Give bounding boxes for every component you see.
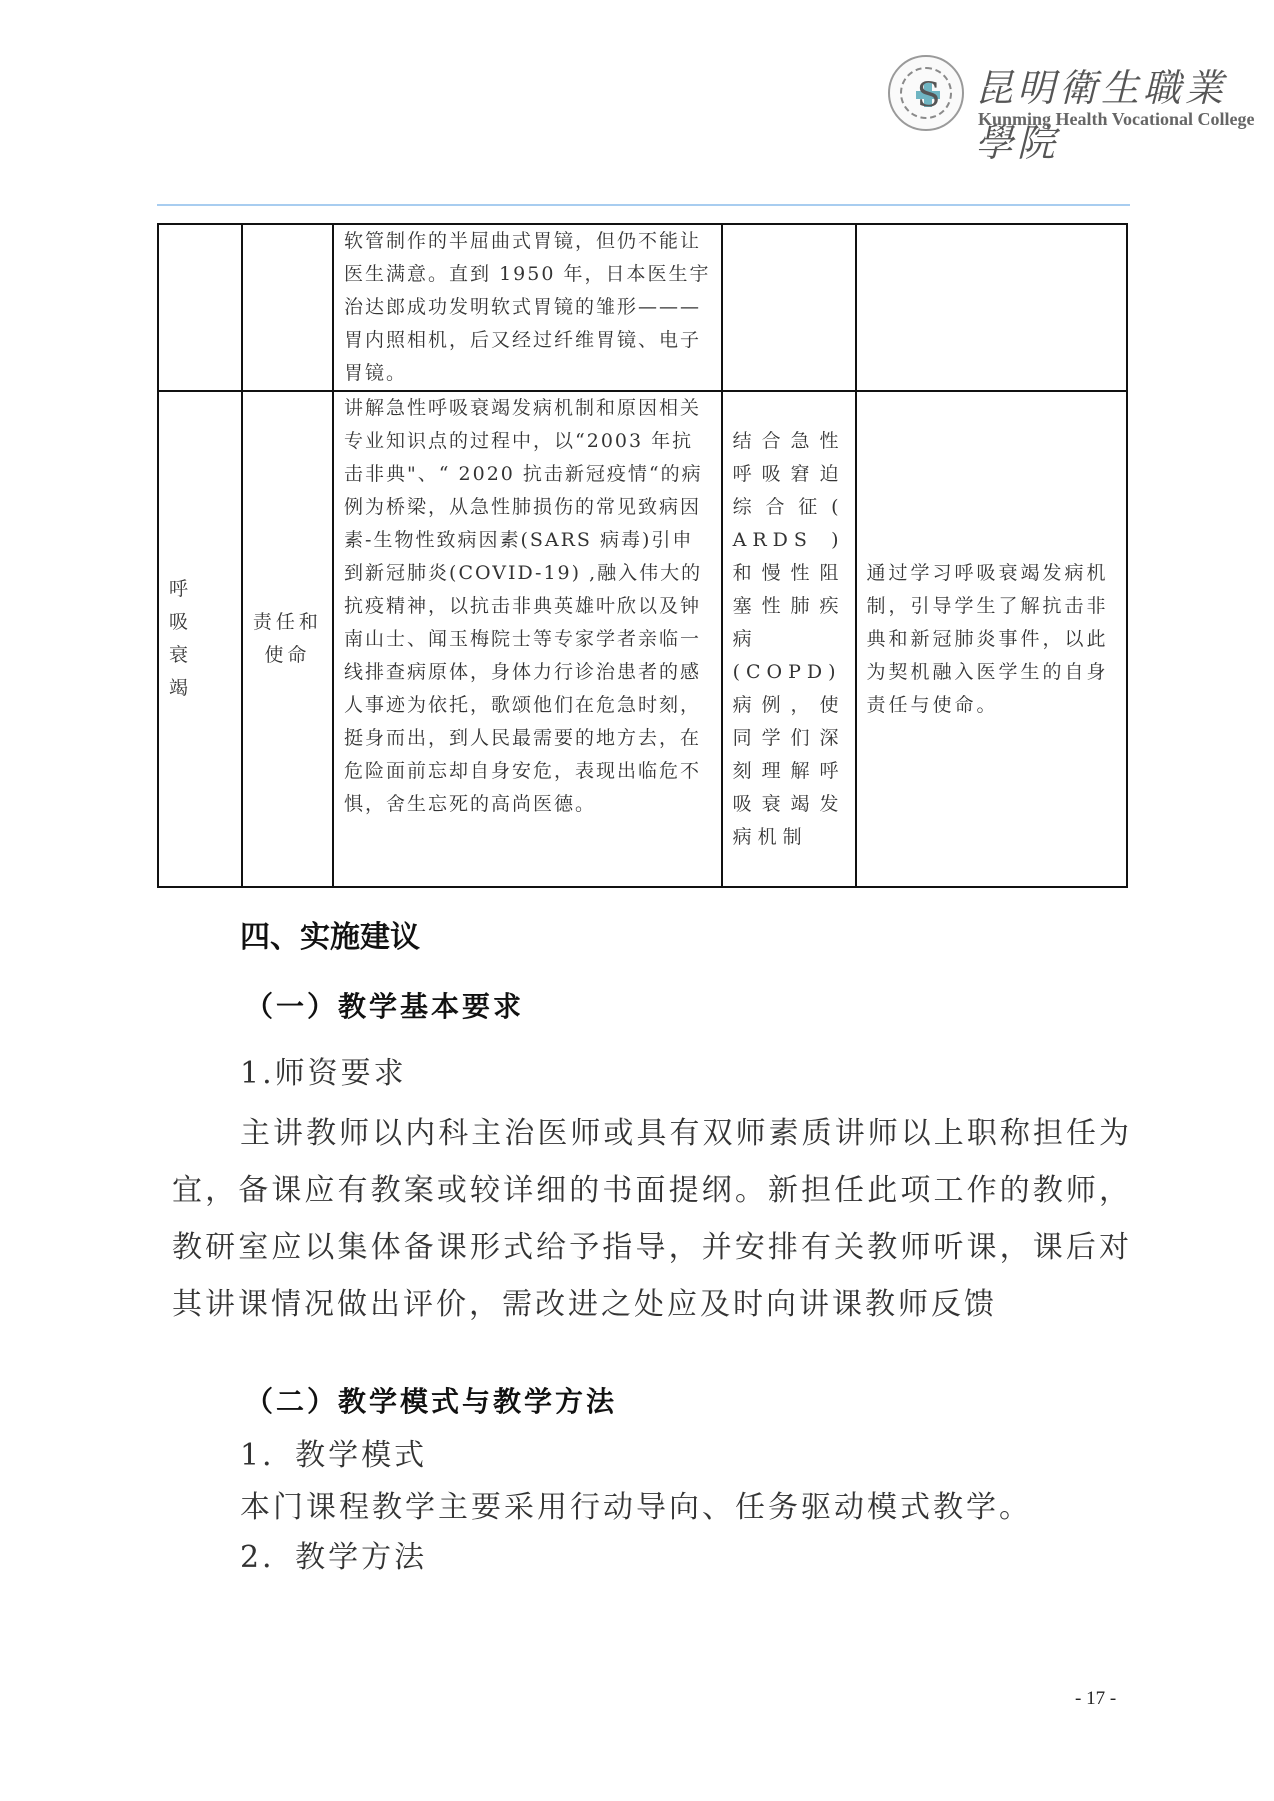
- goal-cell: [856, 224, 1127, 391]
- case-cell: [722, 224, 856, 391]
- element-cell: [242, 224, 333, 391]
- item-heading-teacher-requirements: 1.师资要求: [240, 1048, 407, 1092]
- case-cell: 结合急性呼吸窘迫综合征( ARDS )和慢性阻塞性肺疾病(COPD) 病例，使同…: [722, 391, 856, 887]
- page-number: - 17 -: [1075, 1688, 1116, 1710]
- course-content-table: 软管制作的半屈曲式胃镜，但仍不能让医生满意。直到 1950 年，日本医生宇治达郎…: [157, 223, 1128, 888]
- college-seal-icon: S: [888, 55, 964, 131]
- item-heading-teaching-mode: 1．教学模式: [240, 1430, 427, 1474]
- teacher-requirements-paragraph: 主讲教师以内科主治医师或具有双师素质讲师以上职称担任为宜，备课应有教案或较详细的…: [172, 1105, 1132, 1333]
- element-cell: 责任和使命: [242, 391, 333, 887]
- topic-cell: 呼吸衰竭: [158, 391, 242, 887]
- subsection-heading-basic-requirements: （一）教学基本要求: [245, 985, 524, 1025]
- college-logo: S 昆明衛生職業學院 Kunming Health Vocational Col…: [880, 55, 1250, 135]
- table-row: 呼吸衰竭 责任和使命 讲解急性呼吸衰竭发病机制和原因相关专业知识点的过程中，以“…: [158, 391, 1127, 887]
- topic-cell: [158, 224, 242, 391]
- table-row: 软管制作的半屈曲式胃镜，但仍不能让医生满意。直到 1950 年，日本医生宇治达郎…: [158, 224, 1127, 391]
- item-heading-teaching-methods: 2．教学方法: [240, 1532, 427, 1576]
- teaching-mode-paragraph: 本门课程教学主要采用行动导向、任务驱动模式教学。: [240, 1482, 1032, 1526]
- logo-english-name: Kunming Health Vocational College: [978, 109, 1255, 130]
- subsection-heading-teaching-mode: （二）教学模式与教学方法: [245, 1380, 617, 1420]
- content-cell: 讲解急性呼吸衰竭发病机制和原因相关专业知识点的过程中，以“2003 年抗击非典"…: [333, 391, 722, 887]
- section-heading: 四、实施建议: [240, 912, 420, 956]
- content-cell: 软管制作的半屈曲式胃镜，但仍不能让医生满意。直到 1950 年，日本医生宇治达郎…: [333, 224, 722, 391]
- header-divider: [157, 204, 1130, 206]
- goal-cell: 通过学习呼吸衰竭发病机制，引导学生了解抗击非典和新冠肺炎事件，以此为契机融入医学…: [856, 391, 1127, 887]
